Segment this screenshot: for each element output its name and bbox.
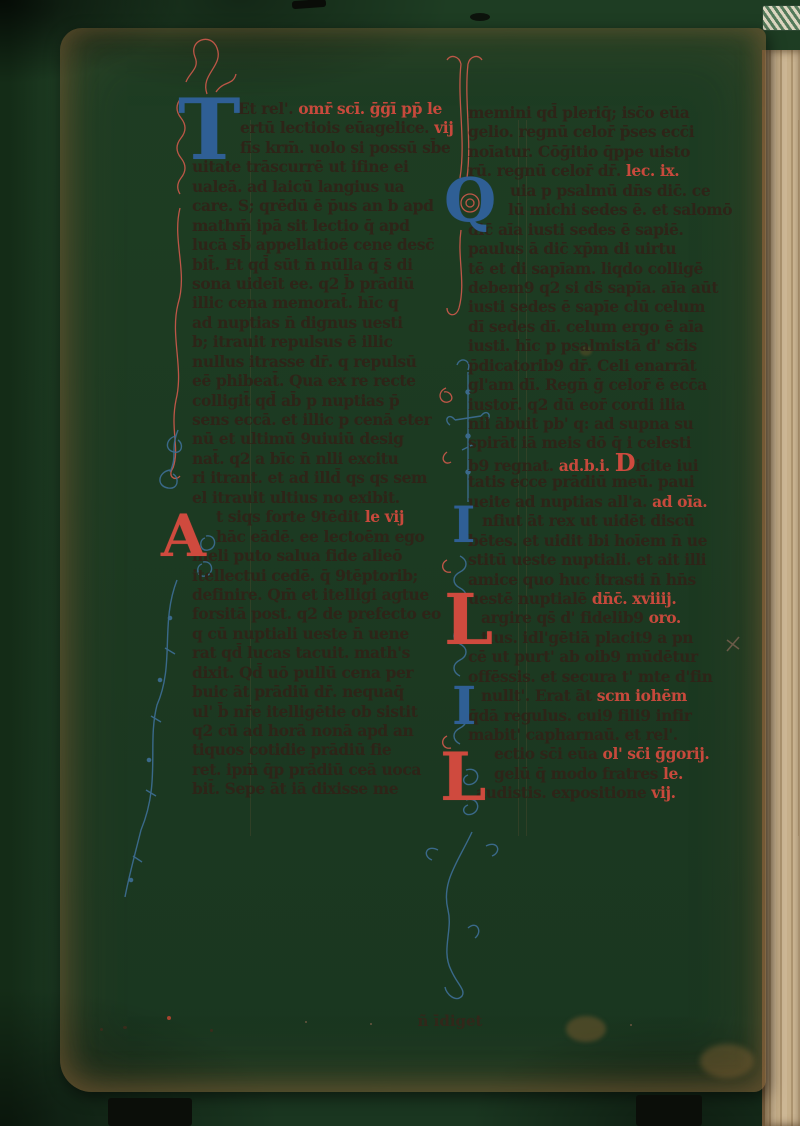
text-segment: argire qs̄ d' fidelib9 xyxy=(481,608,649,627)
binding-strap xyxy=(108,1098,192,1126)
manuscript-line: meli puto salua fide alieō xyxy=(192,546,460,565)
text-segment: ectio sc̄i eūa xyxy=(494,744,603,763)
drop-cap-I: I xyxy=(452,502,475,547)
text-segment: forsitā post. q2 de prefecto eo xyxy=(192,604,441,623)
text-segment: scm iohēm xyxy=(597,686,687,705)
text-segment: ul' b̄ nr̄e itelligētie ob sistit xyxy=(192,702,418,721)
manuscript-line: care. S; qrēdū ē p̄us an b apd xyxy=(192,196,460,215)
manuscript-line: tius. idl'gētiā placit9 a pn xyxy=(468,628,740,647)
text-segment: noīatur. Cōḡitio q̄ppe uisto xyxy=(468,142,690,161)
manuscript-line: uia p psalmū dn̄s dic̄. ce xyxy=(468,181,740,200)
text-segment: q̄dā regulus. cui9 fili9 infir xyxy=(468,706,692,725)
manuscript-line: b; itrauit repulsus ē illic xyxy=(192,332,460,351)
text-segment: Et rel'. xyxy=(238,99,298,118)
pricking-dot xyxy=(630,1024,632,1026)
text-segment: eē phibeat̄. Qua ex re recte xyxy=(192,371,416,390)
drop-cap-A: A xyxy=(161,510,206,562)
text-segment: gl'am dī. Regn̄ ḡ celor̄ ē ecc̄a xyxy=(468,375,707,394)
manuscript-line: definire. Qm̄ et itelligi agtue xyxy=(192,585,460,604)
text-segment: oro. xyxy=(649,608,681,627)
text-segment: rat qd̄ lucas tacuit. math's xyxy=(192,643,410,662)
manuscript-line: rū. regnū celor̄ dr̄. lec. ix. xyxy=(468,161,740,180)
text-segment: dn̄c̄. xviiij. xyxy=(592,589,676,608)
manuscript-line: buic āt prādiū dr̄. nequaq̄ xyxy=(192,682,460,701)
text-column-left: Et rel'. omr̄ scī. ḡḡī pp̄ leertū lectio… xyxy=(192,99,460,799)
text-segment: nat̄. q2 a bīc n̄ nlli excitu xyxy=(192,449,398,468)
manuscript-photo: Et rel'. omr̄ scī. ḡḡī pp̄ leertū lectio… xyxy=(0,0,800,1126)
text-segment: cē ut purt' ab oib9 mūdētur xyxy=(468,647,698,666)
ink-smudge xyxy=(470,13,490,21)
manuscript-line: gelū q̄ modo fratres le. xyxy=(468,764,740,783)
manuscript-line: ri itrant. et ad illd̄ qs qs sem xyxy=(192,468,460,487)
text-segment: buic āt prādiū dr̄. nequaq̄ xyxy=(192,682,404,701)
manuscript-line: bētes. et uidit ibi hoīem n̄ ue xyxy=(468,531,740,550)
manuscript-line: nū et ultimū 9uiuiū desig xyxy=(192,429,460,448)
manuscript-line: debem9 q2 si ds̄ sapīa. aīa aūt xyxy=(468,278,740,297)
text-segment: sens eccā. et illic p cenā eter xyxy=(192,410,431,429)
text-segment: iusti. hīc p psalmistā d' sc̄is xyxy=(468,336,697,355)
text-segment: tatis ecce prādiū meū. paui xyxy=(468,472,694,491)
drop-cap-T: T xyxy=(178,92,241,168)
manuscript-line: tatis ecce prādiū meū. paui xyxy=(468,472,740,491)
catchword: ñ īdiget xyxy=(370,1012,530,1030)
text-segment: vij. xyxy=(651,783,675,802)
manuscript-line: ualeā. ad laicū langius ua xyxy=(192,177,460,196)
text-segment: gelū q̄ modo fratres xyxy=(494,764,663,783)
manuscript-line: stitū ueste nuptiali. et ait illi xyxy=(468,550,740,569)
text-segment: mathm̄ ipā sit lectio q̄ apd xyxy=(192,216,410,235)
text-segment: bētes. et uidit ibi hoīem n̄ ue xyxy=(468,531,707,550)
text-segment: lucā sb̄ appellatioē cene desc̄ xyxy=(192,235,434,254)
manuscript-line: sona uideīt ee. q2 b̄ prādiū xyxy=(192,274,460,293)
pricking-dot xyxy=(123,1026,127,1029)
text-segment: b; itrauit repulsus ē illic xyxy=(192,332,393,351)
text-segment: ret. ipm̄ q̄p prādiū ceā uoca xyxy=(192,760,421,779)
manuscript-line: bit̄. Sepe āt iā dixisse me xyxy=(192,779,460,798)
text-segment: dī sedes dī. celum ergo ē aīa xyxy=(468,317,704,336)
text-segment: nil ābuit pb' q: ad supna su xyxy=(468,414,693,433)
manuscript-line: bit̄. Et qd̄ sūt n̄ nūlla q̄ s̄ di xyxy=(192,255,460,274)
manuscript-line: memini qd̄ pleriq̄; isc̄o eūa xyxy=(468,103,740,122)
manuscript-line: audistis. expositione vij. xyxy=(468,783,740,802)
text-segment: lū michi sedes ē. et salomō xyxy=(508,200,732,219)
text-segment: ol' sc̄i ḡgorij. xyxy=(603,744,710,763)
drop-cap-I: I xyxy=(452,684,476,731)
manuscript-line: ectio sc̄i eūa ol' sc̄i ḡgorij. xyxy=(468,744,740,763)
text-segment: dic̄ aīa iusti sedes ē sapiē. xyxy=(468,220,683,239)
manuscript-line: itellectui cedē. q̄ 9tēptorib; xyxy=(192,566,460,585)
text-segment: tiquos cotidie prādiū fie xyxy=(192,740,391,759)
manuscript-line: el itrauit ultius no exibit. xyxy=(192,488,460,507)
text-segment: nū et ultimū 9uiuiū desig xyxy=(192,429,404,448)
text-segment: uia p psalmū dn̄s dic̄. ce xyxy=(510,181,710,200)
text-segment: mabit' capharnaū. et rel'. xyxy=(468,725,678,744)
manuscript-line: illic cena memorat̄. hīc q xyxy=(192,293,460,312)
text-segment: ertū lectiois eūagelice. xyxy=(240,118,434,137)
manuscript-line: mathm̄ ipā sit lectio q̄ apd xyxy=(192,216,460,235)
manuscript-line: noīatur. Cōḡitio q̄ppe uisto xyxy=(468,142,740,161)
manuscript-line: p̄dicatorib9 dr̄. Celi enarrāt xyxy=(468,356,740,375)
manuscript-line: q2 cū ad horā nonā apd an xyxy=(192,721,460,740)
manuscript-line: ad nuptias n̄ dignus uesti xyxy=(192,313,460,332)
manuscript-line: tiquos cotidie prādiū fie xyxy=(192,740,460,759)
manuscript-line: iusti. hīc p psalmistā d' sc̄is xyxy=(468,336,740,355)
drop-cap-Q: Q xyxy=(444,174,496,228)
manuscript-line: q̄dā regulus. cui9 fili9 infir xyxy=(468,706,740,725)
text-segment: q cū nuptiali ueste n̄ uene xyxy=(192,624,409,643)
text-segment: nfiut āt rex ut uidēt discū xyxy=(482,511,695,530)
text-segment: debem9 q2 si ds̄ sapīa. aīa aūt xyxy=(468,278,718,297)
text-segment: bit̄. Sepe āt iā dixisse me xyxy=(192,779,398,798)
text-segment: dixit. Qd̄ uō pullū cena per xyxy=(192,663,413,682)
text-segment: hāc eādē. ee lectoēm ego xyxy=(216,527,424,546)
text-segment: vij xyxy=(434,118,453,137)
text-segment: fīs krm̄. uolo si possū sb̄e xyxy=(240,138,450,157)
manuscript-line: cē ut purt' ab oib9 mūdētur xyxy=(468,647,740,666)
text-segment: sona uideīt ee. q2 b̄ prādiū xyxy=(192,274,414,293)
manuscript-line: nfiut āt rex ut uidēt discū xyxy=(468,511,740,530)
text-segment: amice quo huc itrasti n̄ hn̄s xyxy=(468,570,696,589)
manuscript-line: amice quo huc itrasti n̄ hn̄s xyxy=(468,570,740,589)
manuscript-line: colligit̄ qd̄ ab̄ p nuptias p̄ xyxy=(192,391,460,410)
endband xyxy=(762,5,800,31)
manuscript-line: t siqs forte 9tēdit le vij xyxy=(192,507,460,526)
manuscript-line: nullt'. Erat āt scm iohēm xyxy=(468,686,740,705)
text-segment: tius. idl'gētiā placit9 a pn xyxy=(481,628,693,647)
drop-cap-L: L xyxy=(444,588,493,651)
manuscript-line: sens eccā. et illic p cenā eter xyxy=(192,410,460,429)
book-fore-edge xyxy=(762,50,800,1126)
manuscript-line: forsitā post. q2 de prefecto eo xyxy=(192,604,460,623)
text-segment: ualeā. ad laicū langius ua xyxy=(192,177,404,196)
pricking-dot xyxy=(210,1029,213,1032)
text-segment: omr̄ scī. ḡḡī pp̄ le xyxy=(298,99,442,118)
column-ruling-line xyxy=(798,120,799,836)
parchment-stain xyxy=(700,1044,754,1078)
text-segment: ri itrant. et ad illd̄ qs qs sem xyxy=(192,468,427,487)
manuscript-line: hāc eādē. ee lectoēm ego xyxy=(192,527,460,546)
manuscript-line: offēssis. et secura t' mte d'fin xyxy=(468,667,740,686)
text-segment: nullt'. Erat āt xyxy=(481,686,597,705)
manuscript-line: q cū nuptiali ueste n̄ uene xyxy=(192,624,460,643)
manuscript-line: uestē nuptialē dn̄c̄. xviiij. xyxy=(468,589,740,608)
text-column-right: memini qd̄ pleriq̄; isc̄o eūagelio. regn… xyxy=(468,103,740,803)
manuscript-line: spirāt iā meis dō q̄ i celesti xyxy=(468,433,740,452)
text-segment: ueite ad nuptias all'a. xyxy=(468,492,652,511)
manuscript-line: dī sedes dī. celum ergo ē aīa xyxy=(468,317,740,336)
text-segment: memini qd̄ pleriq̄; isc̄o eūa xyxy=(468,103,689,122)
manuscript-line: gelio. regnū celor̄ p̄ses ecc̄i xyxy=(468,122,740,141)
text-segment: el itrauit ultius no exibit. xyxy=(192,488,400,507)
text-segment: nullus itrasse dr̄. q repulsū xyxy=(192,352,417,371)
manuscript-line: dixit. Qd̄ uō pullū cena per xyxy=(192,663,460,682)
text-segment: ad nuptias n̄ dignus uesti xyxy=(192,313,403,332)
text-segment: q2 cū ad horā nonā apd an xyxy=(192,721,413,740)
text-segment: offēssis. et secura t' mte d'fin xyxy=(468,667,712,686)
text-segment: itellectui cedē. q̄ 9tēptorib; xyxy=(192,566,418,585)
text-segment: illic cena memorat̄. hīc q xyxy=(192,293,398,312)
text-segment: iustor̄. q2 dū eor̄ cordi ilia xyxy=(468,395,685,414)
text-segment: ad oīa. xyxy=(652,492,707,511)
manuscript-line: mabit' capharnaū. et rel'. xyxy=(468,725,740,744)
pricking-dot xyxy=(100,1028,103,1031)
manuscript-line: ret. ipm̄ q̄p prādiū ceā uoca xyxy=(192,760,460,779)
text-segment: p̄dicatorib9 dr̄. Celi enarrāt xyxy=(468,356,696,375)
text-segment: colligit̄ qd̄ ab̄ p nuptias p̄ xyxy=(192,391,399,410)
manuscript-line: eē phibeat̄. Qua ex re recte xyxy=(192,371,460,390)
text-segment: meli puto salua fide alieō xyxy=(192,546,402,565)
text-segment: stitū ueste nuptiali. et ait illi xyxy=(468,550,706,569)
manuscript-line: ueite ad nuptias all'a. ad oīa. xyxy=(468,492,740,511)
manuscript-line: rat qd̄ lucas tacuit. math's xyxy=(192,643,460,662)
text-segment: bit̄. Et qd̄ sūt n̄ nūlla q̄ s̄ di xyxy=(192,255,413,274)
text-segment: paulus ā dic̄ xp̄m di uirtu xyxy=(468,239,676,258)
text-segment: le vij xyxy=(365,507,404,526)
manuscript-line: nullus itrasse dr̄. q repulsū xyxy=(192,352,460,371)
manuscript-line: lucā sb̄ appellatioē cene desc̄ xyxy=(192,235,460,254)
text-segment: audistis. expositione xyxy=(476,783,651,802)
drop-cap-L: L xyxy=(440,748,486,807)
red-dot xyxy=(167,1016,171,1020)
manuscript-line: iustor̄. q2 dū eor̄ cordi ilia xyxy=(468,395,740,414)
text-segment: le. xyxy=(663,764,683,783)
manuscript-line: gl'am dī. Regn̄ ḡ celor̄ ē ecc̄a xyxy=(468,375,740,394)
pricking-dot xyxy=(305,1021,307,1023)
text-segment: iusti sedes ē sapīe clū celum xyxy=(468,297,705,316)
manuscript-line: nat̄. q2 a bīc n̄ nlli excitu xyxy=(192,449,460,468)
manuscript-line: lū michi sedes ē. et salomō xyxy=(468,200,740,219)
text-segment: spirāt iā meis dō q̄ i celesti xyxy=(468,433,691,452)
manuscript-line: tē et di sapīam. liqdo colligē xyxy=(468,259,740,278)
text-segment: definire. Qm̄ et itelligi agtue xyxy=(192,585,429,604)
manuscript-line: iusti sedes ē sapīe clū celum xyxy=(468,297,740,316)
text-segment: lec. ix. xyxy=(626,161,679,180)
binding-strap xyxy=(636,1095,702,1126)
text-segment: gelio. regnū celor̄ p̄ses ecc̄i xyxy=(468,122,694,141)
text-segment: t siqs forte 9tēdit xyxy=(216,507,365,526)
manuscript-line: nil ābuit pb' q: ad supna su xyxy=(468,414,740,433)
manuscript-line: paulus ā dic̄ xp̄m di uirtu xyxy=(468,239,740,258)
manuscript-line: b9 regnat. ad.b.i. Dicite iui xyxy=(468,453,740,472)
text-segment: care. S; qrēdū ē p̄us an b apd xyxy=(192,196,434,215)
manuscript-line: ul' b̄ nr̄e itelligētie ob sistit xyxy=(192,702,460,721)
text-segment: tē et di sapīam. liqdo colligē xyxy=(468,259,703,278)
manuscript-line: dic̄ aīa iusti sedes ē sapiē. xyxy=(468,220,740,239)
manuscript-line: argire qs̄ d' fidelib9 oro. xyxy=(468,608,740,627)
parchment-stain xyxy=(566,1016,606,1042)
